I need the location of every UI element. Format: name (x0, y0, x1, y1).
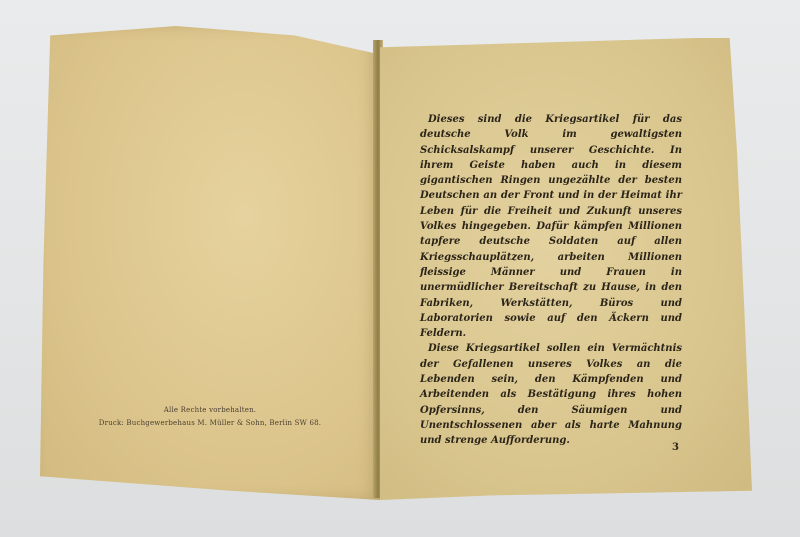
imprint-notice: Alle Rechte vorbehalten. Druck: Buchgewe… (60, 404, 360, 430)
rights-reserved-line: Alle Rechte vorbehalten. (60, 404, 360, 417)
printer-line: Druck: Buchgewerbehaus M. Müller & Sohn,… (60, 417, 360, 430)
page-number: 3 (672, 442, 679, 453)
paragraph: Dieses sind die Kriegsartikel für das de… (420, 112, 682, 341)
open-booklet: Alle Rechte vorbehalten. Druck: Buchgewe… (0, 0, 800, 537)
body-text: Dieses sind die Kriegsartikel für das de… (420, 112, 682, 449)
paragraph: Diese Kriegsartikel sollen ein Vermächtn… (420, 341, 682, 448)
